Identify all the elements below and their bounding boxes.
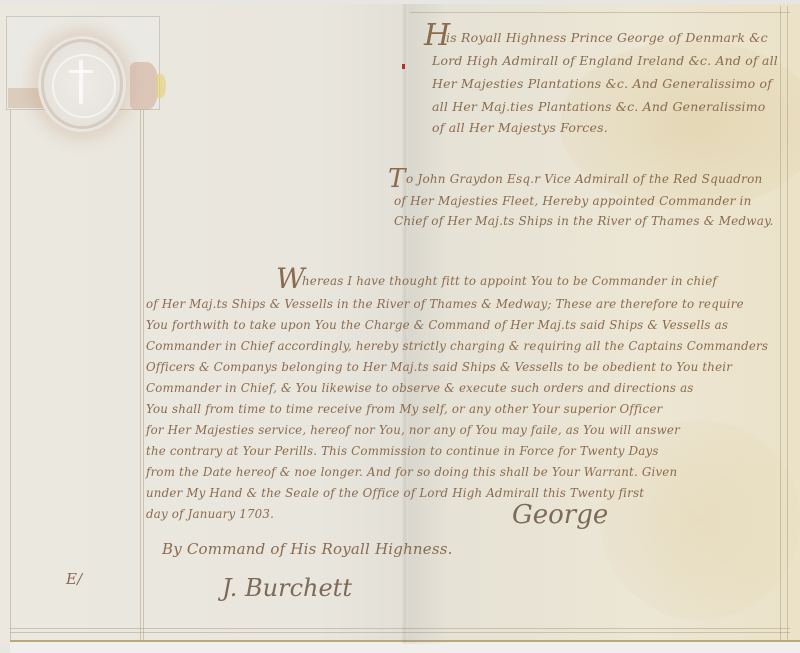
signature-george: George: [512, 500, 608, 530]
seal-ring: [52, 54, 116, 118]
heading-line: of all Her Majestys Forces.: [432, 120, 608, 135]
wax-residue: [130, 62, 158, 110]
body-line: Commander in Chief, & You likewise to ob…: [146, 381, 694, 395]
margin-rule-left-inner: [140, 110, 141, 640]
margin-rule-top: [410, 12, 790, 13]
body-line: of Her Maj.ts Ships & Vessells in the Ri…: [146, 297, 744, 311]
body-line: under My Hand & the Seale of the Office …: [146, 486, 644, 500]
red-mark: [402, 64, 405, 69]
body-line: hereas I have thought fitt to appoint Yo…: [302, 274, 717, 288]
body-line: Officers & Companys belonging to Her Maj…: [146, 360, 732, 374]
address-line: of Her Majesties Fleet, Hereby appointed…: [394, 194, 752, 208]
body-line: You shall from time to time receive from…: [146, 402, 662, 416]
docket-mark: E/: [66, 570, 82, 588]
sword-emblem-icon: [79, 60, 83, 104]
address-initial: T: [388, 164, 405, 194]
heading-line: Lord High Admirall of England Ireland &c…: [432, 53, 778, 68]
margin-rule-left-outer: [10, 20, 11, 640]
attestation-line: By Command of His Royall Highness.: [162, 540, 453, 558]
heading-line: all Her Maj.ties Plantations &c. And Gen…: [432, 99, 766, 114]
address-line: Chief of Her Maj.ts Ships in the River o…: [394, 214, 773, 228]
wax-residue: [156, 74, 166, 98]
body-initial: W: [276, 262, 305, 295]
margin-rule-left-inner-2: [143, 110, 144, 640]
margin-rule-right: [780, 6, 781, 640]
body-line: day of January 1703.: [146, 507, 274, 521]
body-line: for Her Majesties service, hereof nor Yo…: [146, 423, 680, 437]
body-line: the contrary at Your Perills. This Commi…: [146, 444, 659, 458]
body-line: Commander in Chief accordingly, hereby s…: [146, 339, 768, 353]
body-line: You forthwith to take upon You the Charg…: [146, 318, 728, 332]
address-line: o John Graydon Esq.r Vice Admirall of th…: [406, 172, 762, 186]
embossed-seal-icon: [38, 36, 126, 132]
margin-rule-right-2: [787, 6, 788, 640]
signature-burchett: J. Burchett: [222, 574, 352, 602]
margin-rule-bottom-2: [10, 632, 790, 633]
body-line: from the Date hereof & noe longer. And f…: [146, 465, 677, 479]
margin-rule-bottom: [10, 628, 790, 629]
heading-line: is Royall Highness Prince George of Denm…: [446, 30, 768, 45]
heading-line: Her Majesties Plantations &c. And Genera…: [432, 76, 772, 91]
